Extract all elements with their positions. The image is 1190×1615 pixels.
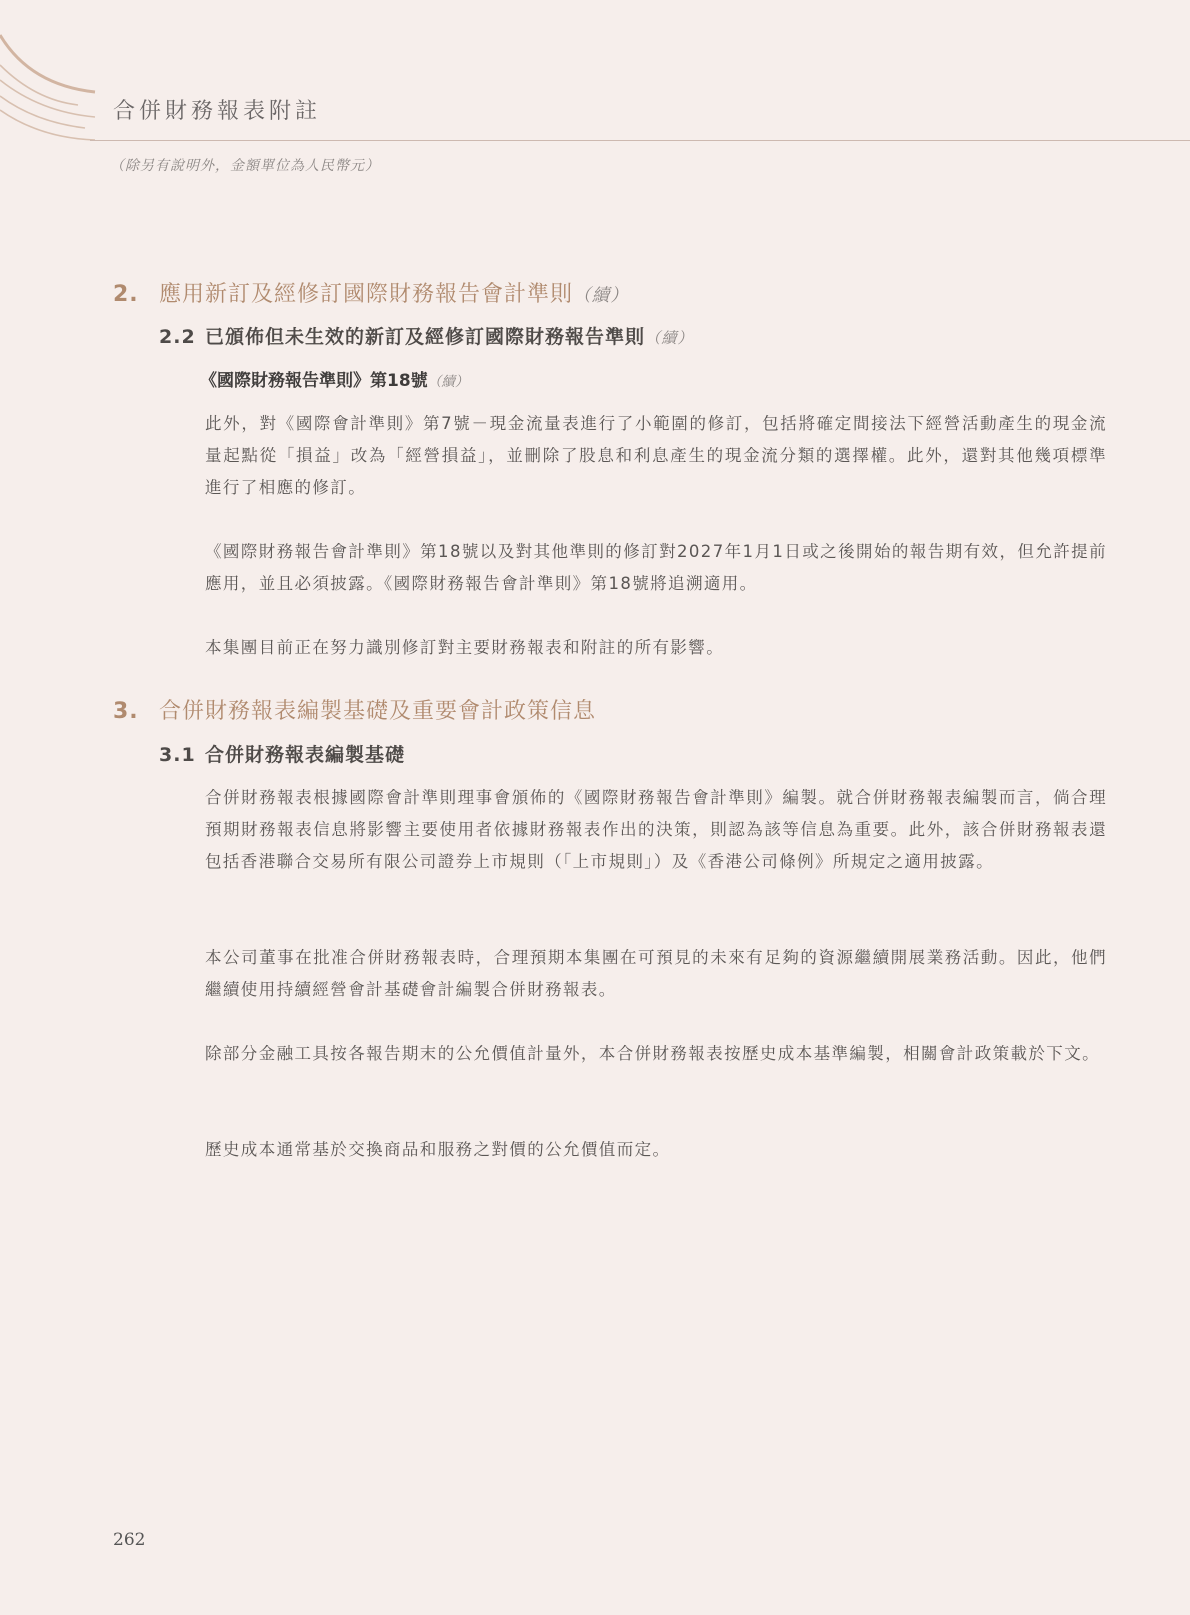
- page-number: 262: [113, 1530, 145, 1550]
- subsection-title: 已頒佈但未生效的新訂及經修訂國際財務報告準則: [205, 326, 645, 348]
- currency-note: （除另有說明外，金額單位為人民幣元）: [110, 155, 380, 175]
- page-header-title: 合併財務報表附註: [113, 94, 321, 125]
- header-divider: [90, 140, 1190, 141]
- paragraph: 《國際財務報告會計準則》第18號以及對其他準則的修訂對2027年1月1日或之後開…: [205, 536, 1107, 600]
- subsection-number: 2.2: [159, 326, 205, 348]
- paragraph: 合併財務報表根據國際會計準則理事會頒佈的《國際財務報告會計準則》編製。就合併財務…: [205, 782, 1107, 878]
- continued-label: （續）: [573, 286, 629, 306]
- paragraph: 歷史成本通常基於交換商品和服務之對價的公允價值而定。: [205, 1134, 1107, 1166]
- subsection-heading-3-1: 3.1合併財務報表編製基礎: [159, 740, 405, 767]
- paragraph: 本公司董事在批准合併財務報表時，合理預期本集團在可預見的未來有足夠的資源繼續開展…: [205, 942, 1107, 1006]
- subsection-number: 3.1: [159, 744, 205, 766]
- topic-title: 《國際財務報告準則》第18號: [200, 371, 428, 391]
- section-title: 合併財務報表編製基礎及重要會計政策信息: [159, 699, 596, 724]
- paragraph: 此外，對《國際會計準則》第7號－現金流量表進行了小範圍的修訂，包括將確定間接法下…: [205, 408, 1107, 504]
- paragraph: 除部分金融工具按各報告期末的公允價值計量外，本合併財務報表按歷史成本基準編製，相…: [205, 1038, 1107, 1070]
- section-number: 3.: [113, 699, 159, 724]
- subsection-heading-2-2: 2.2已頒佈但未生效的新訂及經修訂國際財務報告準則（續）: [159, 322, 694, 349]
- continued-label: （續）: [428, 374, 469, 390]
- section-title: 應用新訂及經修訂國際財務報告會計準則: [159, 282, 573, 307]
- decorative-arcs-icon: [0, 0, 100, 150]
- topic-heading-ifrs18: 《國際財務報告準則》第18號（續）: [200, 366, 468, 391]
- section-number: 2.: [113, 282, 159, 307]
- section-heading-3: 3.合併財務報表編製基礎及重要會計政策信息: [113, 694, 596, 725]
- section-heading-2: 2.應用新訂及經修訂國際財務報告會計準則（續）: [113, 277, 629, 308]
- paragraph: 本集團目前正在努力識別修訂對主要財務報表和附註的所有影響。: [205, 632, 1107, 664]
- continued-label: （續）: [645, 329, 694, 347]
- subsection-title: 合併財務報表編製基礎: [205, 744, 405, 766]
